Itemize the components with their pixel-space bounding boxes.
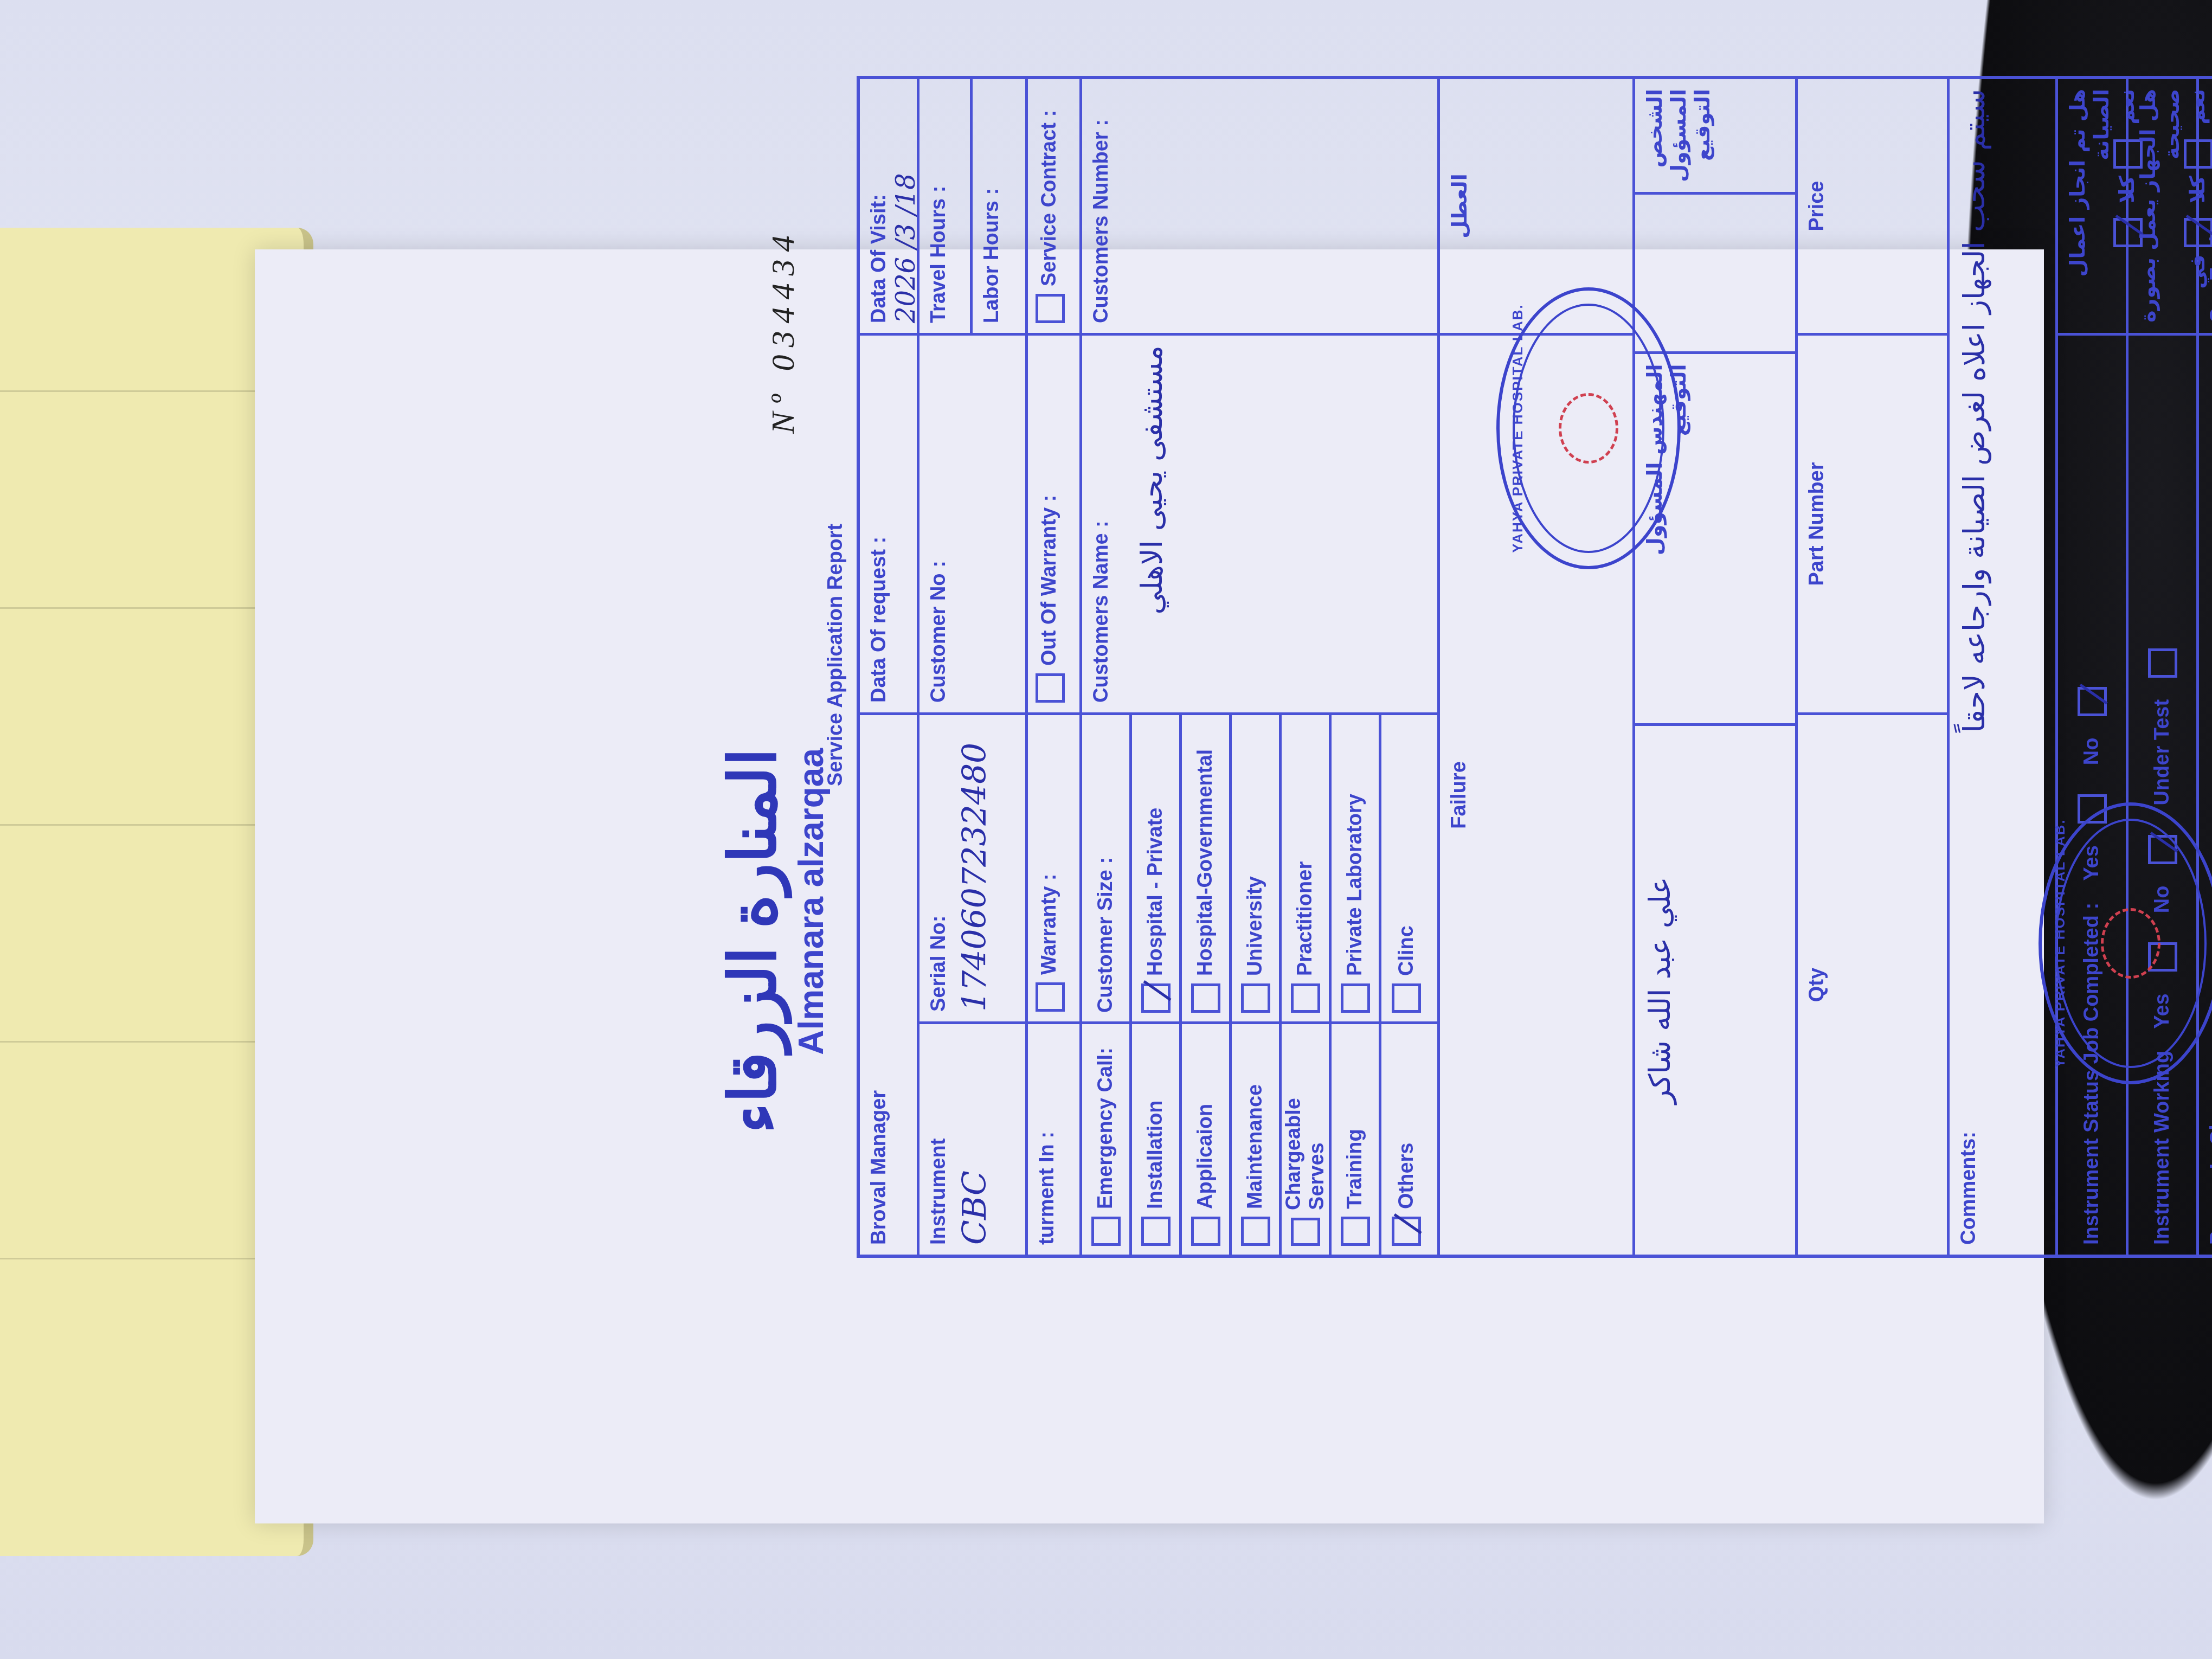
customers-name-value: مستشفى يحيى الاهلي <box>1135 345 1169 703</box>
call-type-5[interactable]: Training <box>1332 1024 1381 1255</box>
date-of-visit-value: 2026 /3 /18 <box>891 89 921 323</box>
logo-arabic: المنارة الزرقاء <box>716 748 791 1236</box>
stamp-logo-2 <box>2101 908 2160 979</box>
our-engineer-field[interactable]: Our Engineer : <box>2199 79 2212 333</box>
customer-size-list: Customer Size : Hospital - PrivateHospit… <box>1082 712 1437 1021</box>
call-type-1[interactable]: Installation <box>1132 1024 1182 1255</box>
form-sheet: المنارة الزرقاء Almanara alzarqaa Nº 034… <box>255 249 2044 1523</box>
engineer-name-value: علي عبد الله شاكر <box>1643 736 1677 1245</box>
checkbox[interactable] <box>1191 1217 1220 1246</box>
warranty-checkbox[interactable] <box>1036 982 1065 1012</box>
call-type-2[interactable]: Applicaion <box>1182 1024 1232 1255</box>
checkbox[interactable] <box>1341 1217 1370 1246</box>
customer-size-2[interactable]: University <box>1232 715 1282 1021</box>
customer-size-label: Customer Size : <box>1082 715 1132 1021</box>
customers-name-field[interactable]: Customers Name : مستشفى يحيى الاهلي <box>1082 333 1437 712</box>
price-column[interactable]: Price <box>1798 79 1947 333</box>
job-completed-no-checkbox[interactable] <box>2078 687 2107 716</box>
checkbox[interactable] <box>1191 983 1220 1013</box>
logo-english: Almanara alzarqaa <box>791 748 831 1236</box>
job-completed-ar: هل تم انجاز اعمال الصيانة نعم كلا <box>2058 79 2126 333</box>
out-of-warranty-row[interactable]: Out Of Warranty : <box>1028 333 1079 712</box>
instrument-working-row: Instrument Working Yes No Under Test <box>2129 333 2196 1255</box>
job-completed-row: Instrument Status Job Completed : Yes No <box>2058 333 2126 1255</box>
hospital-stamp: YAHYA PRIVATE HOSPITAL LAB. <box>1496 287 1681 569</box>
service-contract-checkbox[interactable] <box>1036 294 1065 323</box>
company-logo: المنارة الزرقاء Almanara alzarqaa <box>716 748 831 1236</box>
instrument-field[interactable]: Instrument CBC <box>919 1021 1025 1255</box>
checkbox[interactable] <box>1341 983 1370 1013</box>
travel-hours-label[interactable]: Travel Hours : <box>919 79 973 333</box>
call-type-3[interactable]: Maintenance <box>1232 1024 1282 1255</box>
checkbox[interactable] <box>1241 983 1270 1013</box>
out-of-warranty-checkbox[interactable] <box>1036 673 1065 703</box>
form-grid: Broval Manager Data Of request : Data Of… <box>857 76 2212 1258</box>
call-type-4[interactable]: Chargeable Serves <box>1282 1024 1332 1255</box>
approval-manager-label: Broval Manager <box>860 712 917 1255</box>
checkbox[interactable] <box>1141 1217 1171 1246</box>
customer-size-1[interactable]: Hospital-Governmental <box>1182 715 1232 1021</box>
customer-size-5[interactable]: Clinc <box>1381 715 1431 1021</box>
customers-number-label[interactable]: Customers Number : <box>1082 79 1437 333</box>
checkbox[interactable] <box>1141 983 1171 1013</box>
responsible-person-label: الشخص المسؤول التوقيع <box>1635 79 1795 192</box>
labor-hours-label[interactable]: Labor Hours : <box>973 79 1011 333</box>
call-type-list: Emergency Call:InstallationApplicaionMai… <box>1082 1021 1437 1255</box>
under-test-checkbox[interactable] <box>2148 648 2177 678</box>
call-type-0[interactable]: Emergency Call: <box>1082 1024 1132 1255</box>
checkbox[interactable] <box>1392 1217 1421 1246</box>
service-contract-row[interactable]: Service Contract : <box>1028 79 1079 333</box>
comments-value: سيتم سحب الجهاز اعلاه لغرض الصيانة وارجا… <box>1957 89 2048 1115</box>
checkbox[interactable] <box>1392 983 1421 1013</box>
serial-no-value: 1740607232480 <box>956 725 994 1012</box>
hospital-stamp-2: YAHYA PRIVATE HOSPITAL LAB. <box>2039 802 2212 1084</box>
checkbox[interactable] <box>1241 1217 1270 1246</box>
form-number: Nº 034434 <box>764 228 802 434</box>
stamp-logo <box>1559 393 1618 464</box>
instrument-working-ar: هل الجهاز يعمل بصورة صحيحة نعم كلا في طو… <box>2129 79 2196 333</box>
warranty-checkbox-row[interactable]: Warranty : <box>1028 712 1079 1021</box>
call-type-6[interactable]: Others <box>1381 1024 1431 1255</box>
checkbox[interactable] <box>1091 1217 1121 1246</box>
checkbox[interactable] <box>1291 983 1320 1013</box>
form-number-value: 034434 <box>765 228 801 371</box>
checkbox[interactable] <box>1291 1218 1320 1246</box>
customer-size-4[interactable]: Private Laboratory <box>1332 715 1381 1021</box>
instrument-in-label: turment In : <box>1028 1021 1079 1255</box>
engineer-signature-field[interactable]: علي عبد الله شاكر <box>1635 723 1795 1255</box>
customer-no-label[interactable]: Customer No : <box>919 333 1025 712</box>
qty-column[interactable]: Qty <box>1798 712 1947 1255</box>
customer-size-3[interactable]: Practitioner <box>1282 715 1332 1021</box>
responsible-signature-field[interactable] <box>1635 192 1795 352</box>
serial-no-field[interactable]: Serial No: 1740607232480 <box>919 712 1025 1021</box>
form-title: Service Application Report <box>824 524 847 786</box>
date-of-visit-field[interactable]: Data Of Visit: 2026 /3 /18 <box>860 79 917 333</box>
service-report-form: المنارة الزرقاء Almanara alzarqaa Nº 034… <box>683 38 2212 1301</box>
date-of-request-label: Data Of request : <box>860 333 917 712</box>
person-in-charge-field[interactable]: Person In Charge : <box>2199 333 2212 1255</box>
part-number-column[interactable]: Part Number <box>1798 333 1947 712</box>
customer-size-0[interactable]: Hospital - Private <box>1132 715 1182 1021</box>
instrument-value: CBC <box>956 1034 994 1245</box>
comments-field[interactable]: Comments: سيتم سحب الجهاز اعلاه لغرض الص… <box>1950 79 2055 1255</box>
